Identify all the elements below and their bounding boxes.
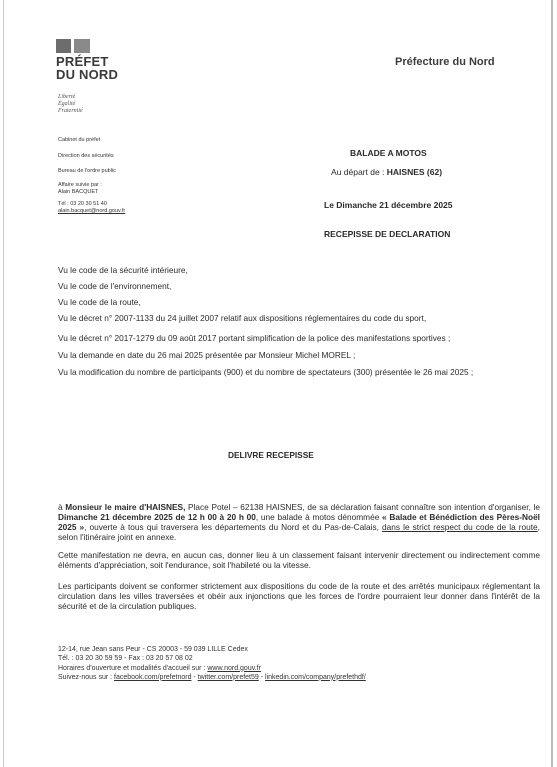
event-datetime: Dimanche 21 décembre 2025 de 12 h 00 à 2… — [58, 512, 256, 522]
motto-fraternite: Fraternité — [58, 108, 83, 115]
participants-paragraph: Les participants doivent se conformer st… — [58, 581, 540, 611]
logo-line-2: DU NORD — [56, 68, 118, 81]
p1-text: , une balade à motos dénommée — [256, 512, 382, 522]
p1-text: , ouverte à tous qui traversera les dépa… — [84, 522, 382, 532]
follow-label: Suivez-nous sur : — [58, 674, 114, 681]
prefet-logo-title: PRÉFET DU NORD — [56, 55, 118, 81]
delivre-recepisse-heading: DELIVRE RECEPISSE — [228, 450, 314, 460]
marianne-flag-icon — [56, 39, 90, 53]
document-type: RECEPISSE DE DECLARATION — [324, 229, 450, 239]
vu-item: Vu le code de la sécurité intérieure, — [58, 265, 188, 275]
contact-email-link[interactable]: alain.bacquet@nord.gouv.fr — [58, 208, 125, 214]
footer-phone: Tél. : 03 20 30 59 59 - Fax : 03 20 57 0… — [58, 654, 366, 663]
footer-address: 12-14, rue Jean sans Peur - CS 20003 - 5… — [58, 645, 366, 654]
footer: 12-14, rue Jean sans Peur - CS 20003 - 5… — [58, 645, 366, 682]
event-date: Le Dimanche 21 décembre 2025 — [324, 200, 453, 210]
contact-tel: Tél : 03 20 30 51 40 — [58, 201, 125, 208]
p1-text: Place Potel – 62138 HAISNES, de sa décla… — [185, 502, 540, 512]
footer-hours: Horaires d'ouverture et modalités d'accu… — [58, 664, 366, 673]
facebook-link[interactable]: facebook.com/prefetnord — [114, 674, 191, 681]
sidebar-cabinet: Cabinet du préfet — [58, 137, 100, 144]
vu-item: Vu le code de la route, — [58, 297, 141, 307]
sidebar-affaire: Affaire suivie par : Alain BACQUET — [58, 182, 102, 196]
vu-item: Vu la modification du nombre de particip… — [58, 367, 473, 377]
recipient-name: Monsieur le maire d'HAISNES, — [65, 502, 185, 512]
recipient-paragraph: à Monsieur le maire d'HAISNES, Place Pot… — [58, 502, 540, 542]
sidebar-contact: Tél : 03 20 30 51 40 alain.bacquet@nord.… — [58, 201, 125, 215]
vu-item: Vu la demande en date du 26 mai 2025 pré… — [58, 350, 355, 360]
motto-egalite: Égalité — [58, 101, 83, 108]
depart-label: Au départ de : — [331, 167, 384, 177]
sidebar-direction: Direction des sécurités — [58, 153, 114, 160]
depart-value: HAISNES (62) — [387, 167, 442, 177]
event-depart: Au départ de : HAISNES (62) — [331, 167, 442, 177]
event-title: BALADE A MOTOS — [350, 148, 427, 158]
vu-item: Vu le code de l'environnement, — [58, 281, 171, 291]
hours-label: Horaires d'ouverture et modalités d'accu… — [58, 665, 207, 672]
prefecture-name: Préfecture du Nord — [395, 56, 495, 68]
motto-liberte: Liberté — [58, 94, 83, 101]
vu-item: Vu le décret n° 2007-1133 du 24 juillet … — [58, 313, 426, 323]
affaire-label: Affaire suivie par : — [58, 182, 102, 189]
linkedin-link[interactable]: linkedin.com/company/prefethdf/ — [265, 674, 366, 681]
website-link[interactable]: www.nord.gouv.fr — [207, 665, 261, 672]
affaire-name: Alain BACQUET — [58, 189, 102, 196]
sidebar-bureau: Bureau de l'ordre public — [58, 168, 116, 175]
code-route-clause: dans le strict respect du code de la rou… — [382, 522, 538, 532]
footer-social: Suivez-nous sur : facebook.com/prefetnor… — [58, 673, 366, 682]
republic-motto: Liberté Égalité Fraternité — [58, 94, 83, 115]
no-ranking-paragraph: Cette manifestation ne devra, en aucun c… — [58, 550, 540, 570]
twitter-link[interactable]: twitter.com/prefet59 — [198, 674, 259, 681]
vu-item: Vu le décret n° 2017-1279 du 09 août 201… — [58, 333, 450, 343]
